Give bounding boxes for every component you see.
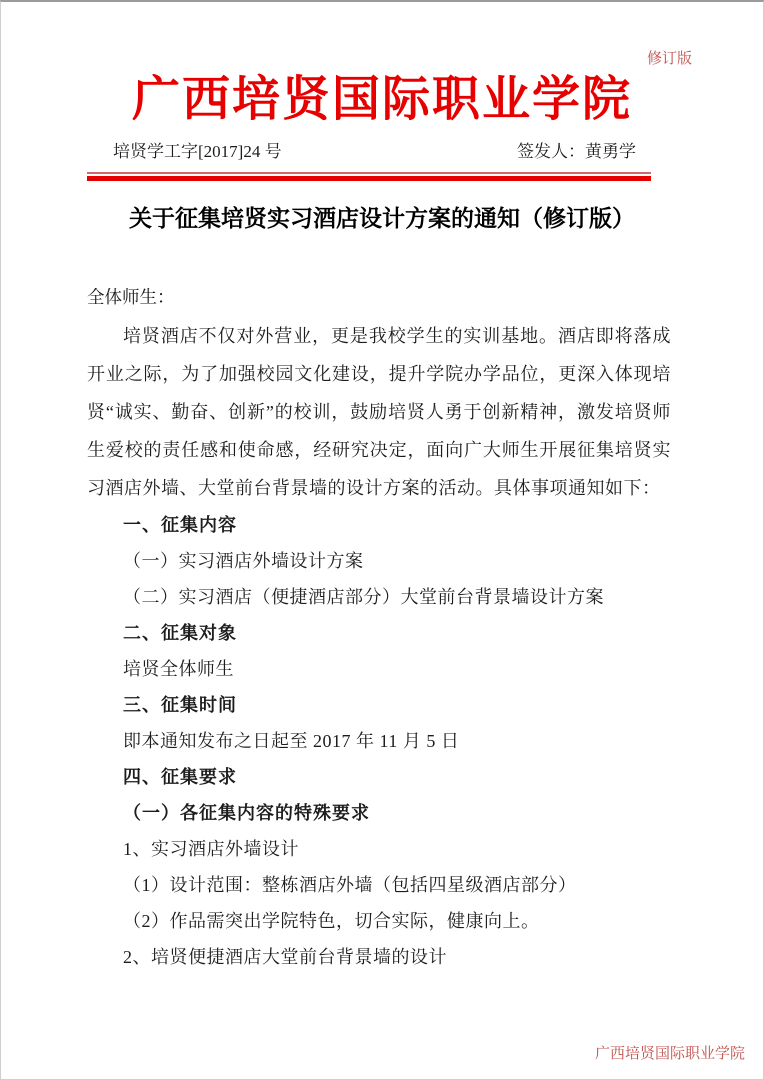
section-item: 2、培贤便捷酒店大堂前台背景墙的设计 [87, 939, 671, 975]
section-item: 1、实习酒店外墙设计 [87, 831, 671, 867]
section-item: （2）作品需突出学院特色，切合实际，健康向上。 [87, 903, 671, 939]
issuer-name: 签发人：黄勇学 [517, 141, 636, 163]
section-heading: 四、征集要求 [87, 759, 671, 795]
section-heading: 二、征集对象 [87, 615, 671, 651]
section-item: （一）实习酒店外墙设计方案 [87, 543, 671, 579]
section-item: （1）设计范围：整栋酒店外墙（包括四星级酒店部分） [87, 867, 671, 903]
organization-title: 广西培贤国际职业学院 [1, 73, 763, 127]
intro-paragraph: 培贤酒店不仅对外营业，更是我校学生的实训基地。酒店即将落成开业之际，为了加强校园… [87, 317, 671, 507]
section-item: （二）实习酒店（便捷酒店部分）大堂前台背景墙设计方案 [87, 579, 671, 615]
salutation: 全体师生： [87, 285, 671, 309]
document-meta-row: 培贤学工字[2017]24 号 签发人：黄勇学 [113, 141, 636, 163]
document-page: 修订版 广西培贤国际职业学院 培贤学工字[2017]24 号 签发人：黄勇学 关… [0, 0, 764, 1080]
section-heading: 一、征集内容 [87, 507, 671, 543]
red-divider-thick-line [87, 176, 651, 181]
document-number: 培贤学工字[2017]24 号 [113, 141, 282, 163]
section-item: 即本通知发布之日起至 2017 年 11 月 5 日 [87, 723, 671, 759]
red-divider [87, 172, 651, 181]
revision-tag: 修订版 [1, 50, 692, 69]
section-heading: 三、征集时间 [87, 687, 671, 723]
section-item: 培贤全体师生 [87, 651, 671, 687]
footer-organization-name: 广西培贤国际职业学院 [595, 1042, 745, 1063]
section-subheading: （一）各征集内容的特殊要求 [87, 795, 671, 831]
notice-title: 关于征集培贤实习酒店设计方案的通知（修订版） [1, 203, 763, 233]
